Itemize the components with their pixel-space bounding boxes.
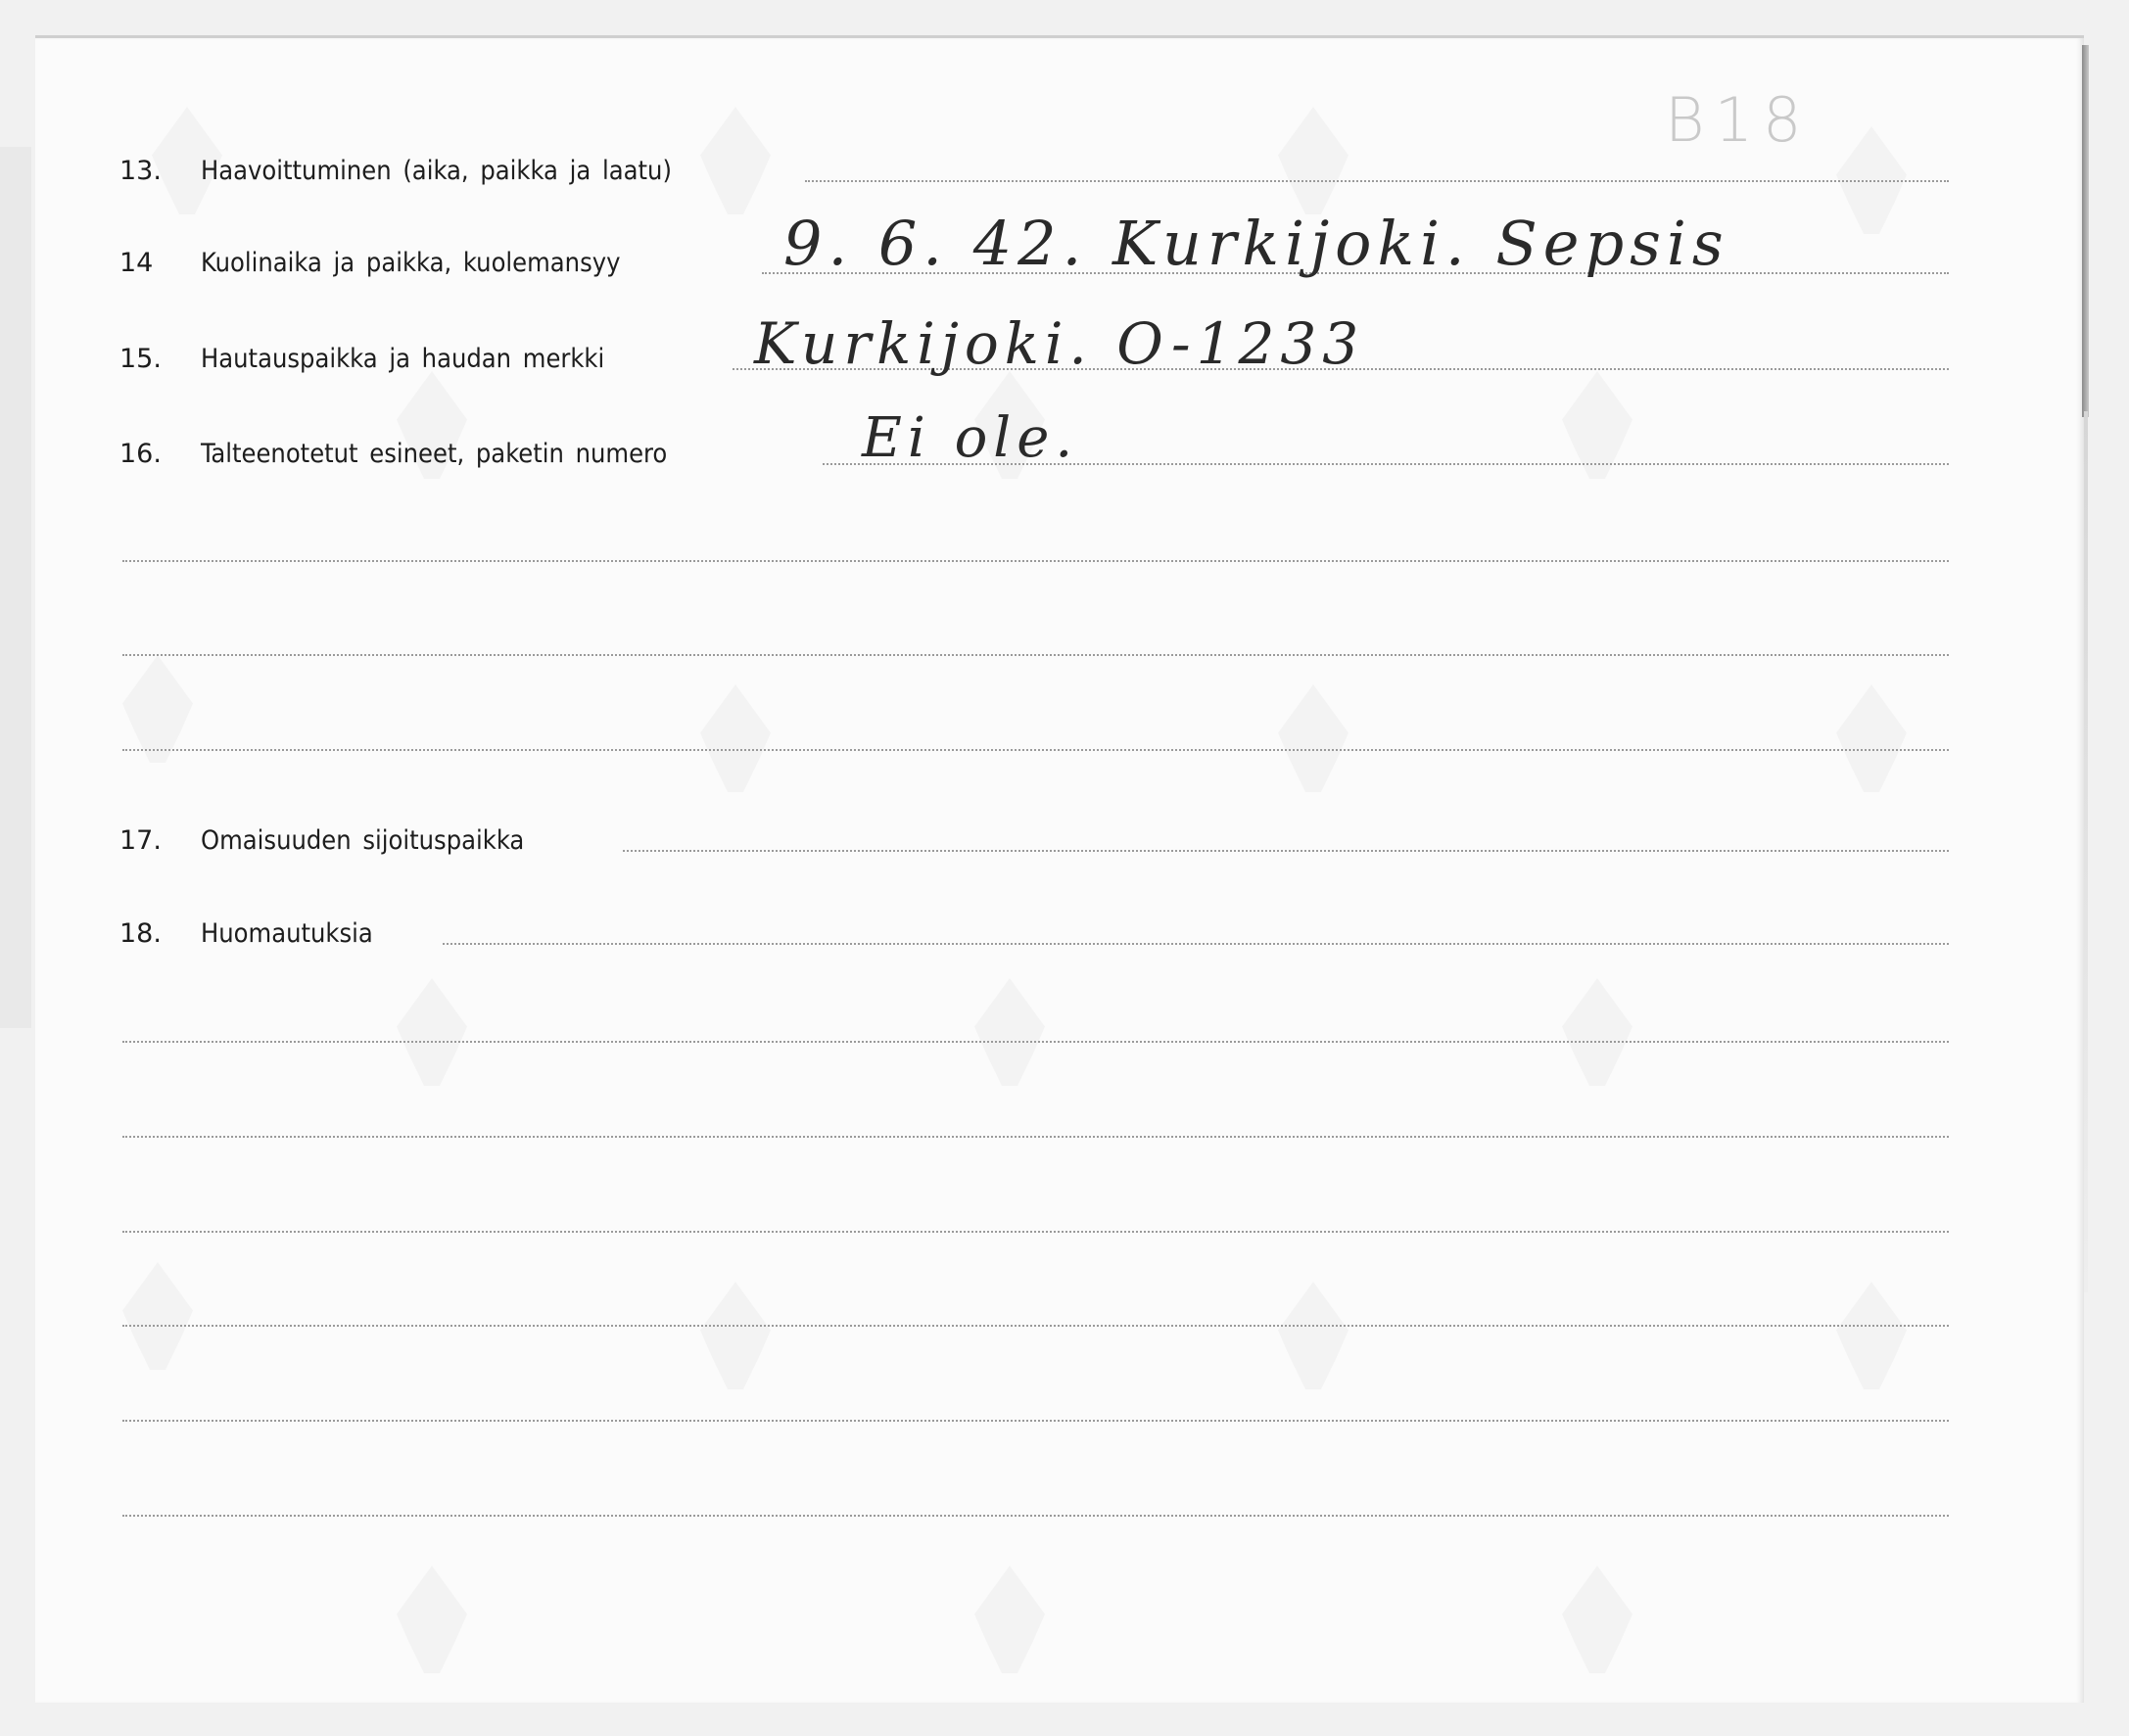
field-number: 13.	[119, 158, 162, 184]
blank-answer-line	[122, 1041, 1949, 1043]
watermark-emblem	[1798, 1252, 1945, 1419]
watermark-emblem	[358, 1536, 505, 1703]
answer-line	[443, 943, 1949, 945]
blank-answer-line	[122, 654, 1949, 656]
handwritten-answer: Kurkijoki. O-1233	[754, 315, 1364, 372]
scan-background	[0, 147, 31, 1028]
watermark-emblem	[936, 949, 1083, 1115]
field-label: Kuolinaika ja paikka, kuolemansyy	[201, 250, 620, 276]
watermark-emblem	[84, 1233, 231, 1399]
blank-answer-line	[122, 1515, 1949, 1517]
blank-answer-line	[122, 1136, 1949, 1138]
watermark-emblem	[358, 949, 505, 1115]
blank-answer-line	[122, 1231, 1949, 1233]
watermark-emblem	[1240, 655, 1387, 821]
handwritten-answer: Ei ole.	[862, 411, 1078, 466]
field-number: 14	[119, 250, 153, 276]
watermark-emblem	[84, 626, 231, 792]
field-18: 18. Huomautuksia	[0, 898, 2129, 947]
field-13: 13. Haavoittuminen (aika, paikka ja laat…	[0, 135, 2129, 184]
watermark-emblem	[1798, 655, 1945, 821]
blank-answer-line	[122, 1325, 1949, 1327]
watermark-emblem	[1240, 1252, 1387, 1419]
field-number: 18.	[119, 920, 162, 947]
field-label: Haavoittuminen (aika, paikka ja laatu)	[201, 158, 672, 184]
watermark-emblem	[662, 655, 809, 821]
field-label: Huomautuksia	[201, 920, 373, 947]
watermark-emblem	[936, 1536, 1083, 1703]
watermark-emblem	[1524, 1536, 1671, 1703]
field-label: Omaisuuden sijoituspaikka	[201, 827, 524, 854]
blank-answer-line	[122, 560, 1949, 562]
field-number: 16.	[119, 441, 162, 467]
watermark-emblem	[1524, 949, 1671, 1115]
field-label: Talteenotetut esineet, paketin numero	[201, 441, 667, 467]
field-number: 15.	[119, 346, 162, 372]
watermark-emblem	[662, 1252, 809, 1419]
answer-line	[805, 180, 1949, 182]
field-number: 17.	[119, 827, 162, 854]
blank-answer-line	[122, 1420, 1949, 1422]
field-label: Hautauspaikka ja haudan merkki	[201, 346, 604, 372]
blank-answer-line	[122, 749, 1949, 751]
form-page	[35, 35, 2084, 1703]
field-17: 17. Omaisuuden sijoituspaikka	[0, 805, 2129, 854]
handwritten-answer: 9. 6. 42. Kurkijoki. Sepsis	[783, 213, 1729, 274]
answer-line	[623, 850, 1949, 852]
